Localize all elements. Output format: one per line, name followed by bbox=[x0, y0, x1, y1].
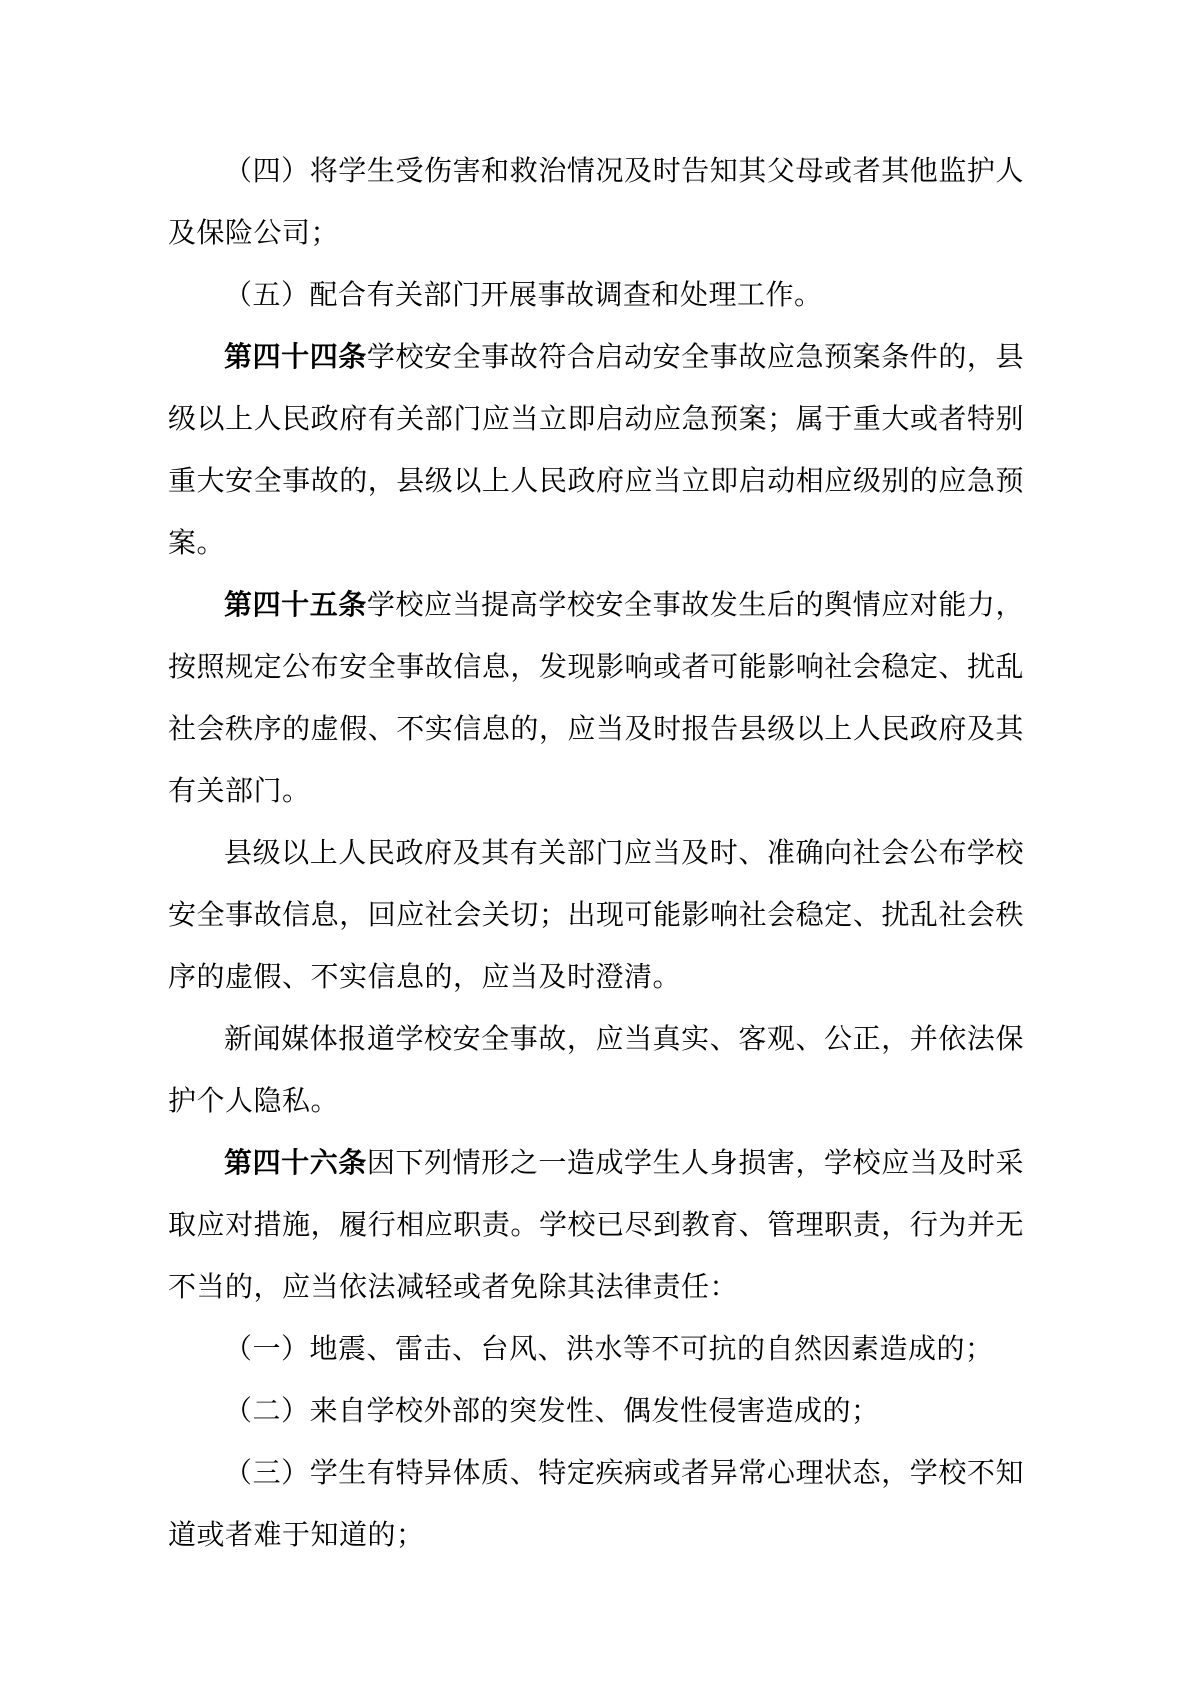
paragraph: （二）来自学校外部的突发性、偶发性侵害造成的； bbox=[168, 1380, 1024, 1442]
paragraph: （三）学生有特异体质、特定疾病或者异常心理状态，学校不知道或者难于知道的； bbox=[168, 1442, 1024, 1566]
paragraph: 县级以上人民政府及其有关部门应当及时、准确向社会公布学校安全事故信息，回应社会关… bbox=[168, 822, 1024, 1008]
paragraph: （四）将学生受伤害和救治情况及时告知其父母或者其他监护人及保险公司； bbox=[168, 140, 1024, 264]
paragraph-text: （一）地震、雷击、台风、洪水等不可抗的自然因素造成的； bbox=[224, 1333, 994, 1364]
paragraph-text: 学校安全事故符合启动安全事故应急预案条件的，县级以上人民政府有关部门应当立即启动… bbox=[168, 341, 1024, 558]
article-paragraph: 第四十五条学校应当提高学校安全事故发生后的舆情应对能力，按照规定公布安全事故信息… bbox=[168, 574, 1024, 822]
article-paragraph: 第四十四条学校安全事故符合启动安全事故应急预案条件的，县级以上人民政府有关部门应… bbox=[168, 326, 1024, 574]
paragraph-text: （五）配合有关部门开展事故调查和处理工作。 bbox=[224, 279, 823, 310]
paragraph-text: （二）来自学校外部的突发性、偶发性侵害造成的； bbox=[224, 1395, 880, 1426]
article-number: 第四十五条 bbox=[224, 589, 367, 620]
paragraph: 新闻媒体报道学校安全事故，应当真实、客观、公正，并依法保护个人隐私。 bbox=[168, 1008, 1024, 1132]
paragraph-text: 新闻媒体报道学校安全事故，应当真实、客观、公正，并依法保护个人隐私。 bbox=[168, 1023, 1024, 1116]
paragraph-text: 县级以上人民政府及其有关部门应当及时、准确向社会公布学校安全事故信息，回应社会关… bbox=[168, 837, 1024, 992]
paragraph-text: （四）将学生受伤害和救治情况及时告知其父母或者其他监护人及保险公司； bbox=[168, 155, 1024, 248]
article-number: 第四十四条 bbox=[224, 341, 367, 372]
paragraph-text: （三）学生有特异体质、特定疾病或者异常心理状态，学校不知道或者难于知道的； bbox=[168, 1457, 1024, 1550]
article-number: 第四十六条 bbox=[224, 1147, 367, 1178]
paragraph-text: 学校应当提高学校安全事故发生后的舆情应对能力，按照规定公布安全事故信息，发现影响… bbox=[168, 589, 1024, 806]
article-paragraph: 第四十六条因下列情形之一造成学生人身损害，学校应当及时采取应对措施，履行相应职责… bbox=[168, 1132, 1024, 1318]
paragraph: （五）配合有关部门开展事故调查和处理工作。 bbox=[168, 264, 1024, 326]
document-body: （四）将学生受伤害和救治情况及时告知其父母或者其他监护人及保险公司；（五）配合有… bbox=[168, 140, 1024, 1566]
document-page: （四）将学生受伤害和救治情况及时告知其父母或者其他监护人及保险公司；（五）配合有… bbox=[0, 0, 1191, 1684]
paragraph: （一）地震、雷击、台风、洪水等不可抗的自然因素造成的； bbox=[168, 1318, 1024, 1380]
